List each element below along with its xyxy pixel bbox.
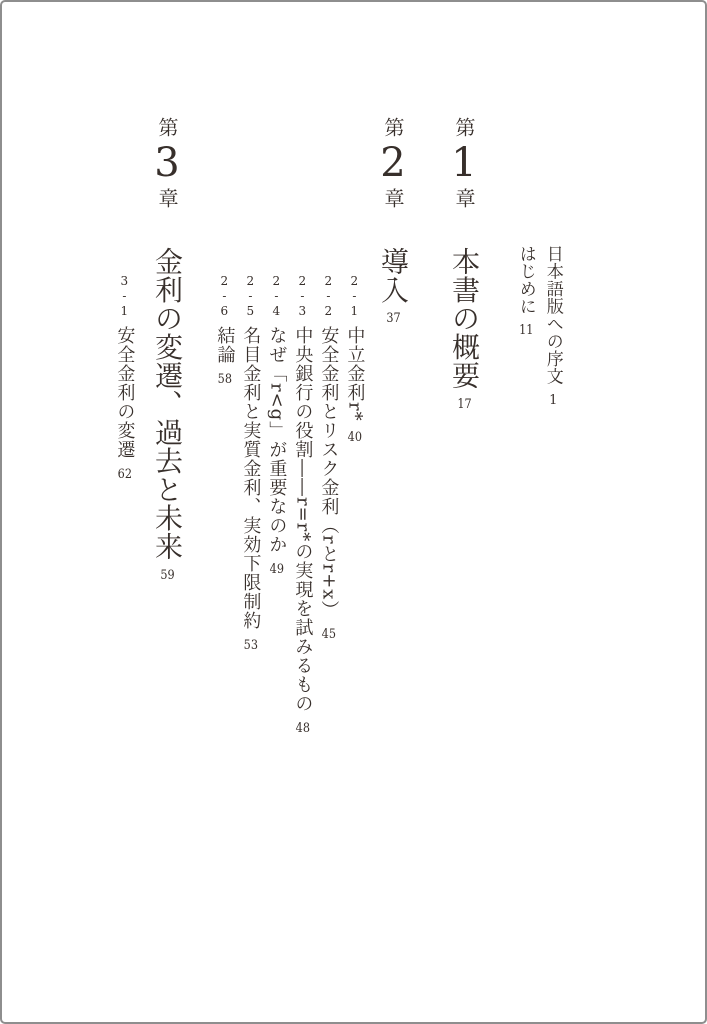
toc-entry-section-2-6: 2-6結論58 [214,274,235,386]
section-page-number: 45 [321,628,336,641]
section-page-number: 62 [117,468,132,481]
toc-entry-chapter-3: 第3章金利の変遷、過去と未来59 [144,117,190,582]
toc-entry-preface: 日本語版への序文1 [542,245,562,407]
chapter-prefix: 第 [155,117,179,138]
toc-entry-introduction: はじめに11 [515,245,535,337]
chapter-number: 2 [370,143,416,183]
section-page-number: 58 [217,373,232,386]
section-number: 2-5 [243,274,257,319]
entry-title: はじめに [516,245,536,315]
section-title: 中央銀行の役割――r=r*の実現を試みるもの [292,326,313,713]
section-number: 2-6 [217,274,231,319]
chapter-page-number: 17 [457,398,472,411]
toc-page: 日本語版への序文1 はじめに11 第1章本書の概要17 第2章導入37 2-1中… [0,0,707,1024]
section-title: 結論 [214,326,235,364]
toc-entry-section-2-4: 2-4なぜ「r<g」が重要なのか49 [266,274,287,576]
toc-entry-section-3-1: 3-1安全金利の変遷62 [114,274,135,481]
entry-page-number: 1 [546,394,561,407]
chapter-title: 金利の変遷、過去と未来 [151,247,184,561]
chapter-page-number: 37 [386,312,401,325]
toc-entry-chapter-1: 第1章本書の概要17 [441,117,487,411]
section-title: 安全金利とリスク金利（rとr+x） [318,326,339,619]
chapter-prefix: 第 [452,117,476,138]
chapter-prefix: 第 [381,117,405,138]
section-page-number: 49 [269,563,284,576]
chapter-title: 本書の概要 [448,247,481,390]
chapter-number: 1 [441,143,487,183]
section-number: 2-4 [269,274,283,319]
toc-entry-chapter-2: 第2章導入37 [370,117,416,325]
chapter-number: 3 [144,143,190,183]
section-title: なぜ「r<g」が重要なのか [266,326,287,554]
chapter-suffix: 章 [155,188,179,209]
chapter-suffix: 章 [381,188,405,209]
toc-entry-section-2-2: 2-2安全金利とリスク金利（rとr+x）45 [318,274,339,641]
chapter-title: 導入 [377,247,410,304]
section-title: 中立金利r* [344,326,365,422]
section-number: 2-1 [347,274,361,319]
section-number: 3-1 [117,274,131,319]
section-number: 2-2 [321,274,335,319]
chapter-suffix: 章 [452,188,476,209]
section-page-number: 48 [295,722,310,735]
toc-entry-section-2-3: 2-3中央銀行の役割――r=r*の実現を試みるもの48 [292,274,313,735]
section-title: 安全金利の変遷 [114,326,135,459]
section-page-number: 40 [347,431,362,444]
section-number: 2-3 [295,274,309,319]
entry-title: 日本語版への序文 [543,245,563,385]
section-title: 名目金利と実質金利、実効下限制約 [240,326,261,630]
toc-entry-section-2-1: 2-1中立金利r*40 [344,274,365,444]
chapter-page-number: 59 [160,569,175,582]
entry-page-number: 11 [519,324,534,337]
section-page-number: 53 [243,639,258,652]
toc-entry-section-2-5: 2-5名目金利と実質金利、実効下限制約53 [240,274,261,652]
